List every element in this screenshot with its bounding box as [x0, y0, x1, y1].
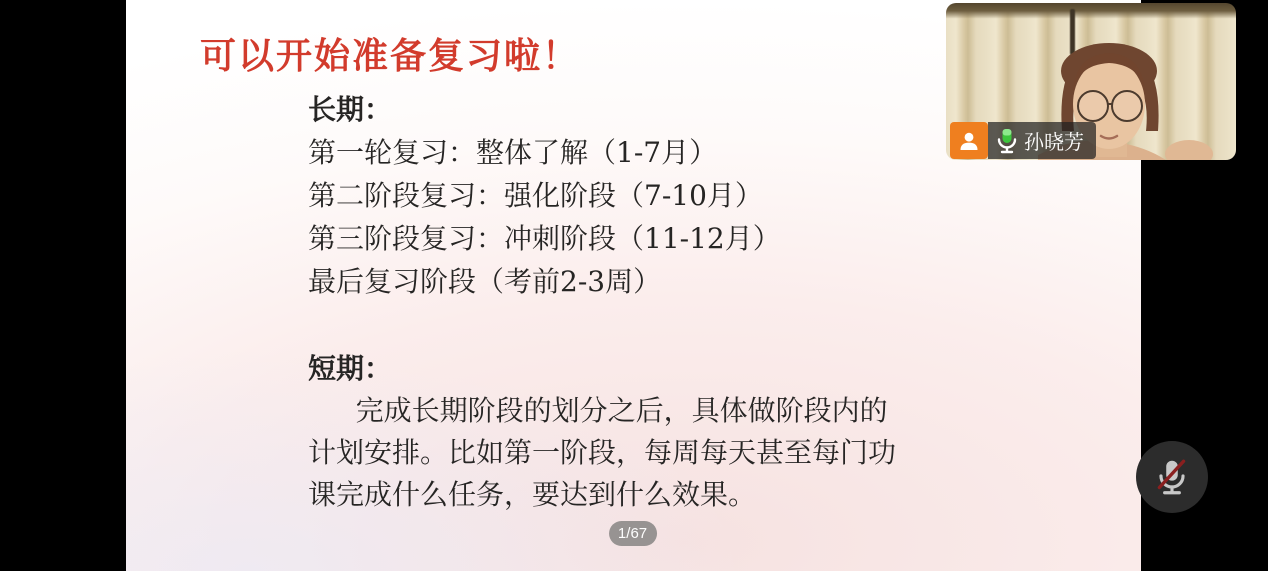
participant-name-bar: 孙晓芳 — [950, 122, 1096, 159]
long-term-line: 第二阶段复习：强化阶段（7-10月） — [308, 174, 958, 217]
short-term-heading: 短期： — [308, 348, 958, 390]
mic-on-icon — [997, 128, 1017, 154]
long-term-line: 最后复习阶段（考前2-3周） — [308, 260, 958, 303]
mic-muted-icon — [1151, 456, 1193, 498]
long-term-heading: 长期： — [308, 88, 958, 131]
short-term-line: 课完成什么任务，要达到什么效果。 — [308, 474, 958, 516]
participant-name-tag: 孙晓芳 — [988, 122, 1096, 159]
long-term-block: 长期： 第一轮复习：整体了解（1-7月） 第二阶段复习：强化阶段（7-10月） … — [308, 88, 958, 303]
page-indicator: 1/67 — [609, 521, 657, 546]
short-term-block: 短期： 完成长期阶段的划分之后，具体做阶段内的 计划安排。比如第一阶段，每周每天… — [308, 348, 958, 516]
participant-avatar — [950, 122, 988, 159]
person-icon — [957, 129, 981, 153]
slide-title: 可以开始准备复习啦！ — [200, 28, 580, 79]
long-term-line: 第一轮复习：整体了解（1-7月） — [308, 131, 958, 174]
participant-name: 孙晓芳 — [1024, 126, 1084, 155]
meeting-stage: 可以开始准备复习啦！ 长期： 第一轮复习：整体了解（1-7月） 第二阶段复习：强… — [0, 0, 1268, 571]
long-term-line: 第三阶段复习：冲刺阶段（11-12月） — [308, 217, 958, 260]
participant-video-tile[interactable]: 孙晓芳 — [946, 3, 1236, 160]
short-term-line: 完成长期阶段的划分之后，具体做阶段内的 — [308, 390, 958, 432]
short-term-line: 计划安排。比如第一阶段，每周每天甚至每门功 — [308, 432, 958, 474]
mic-muted-button[interactable] — [1136, 441, 1208, 513]
